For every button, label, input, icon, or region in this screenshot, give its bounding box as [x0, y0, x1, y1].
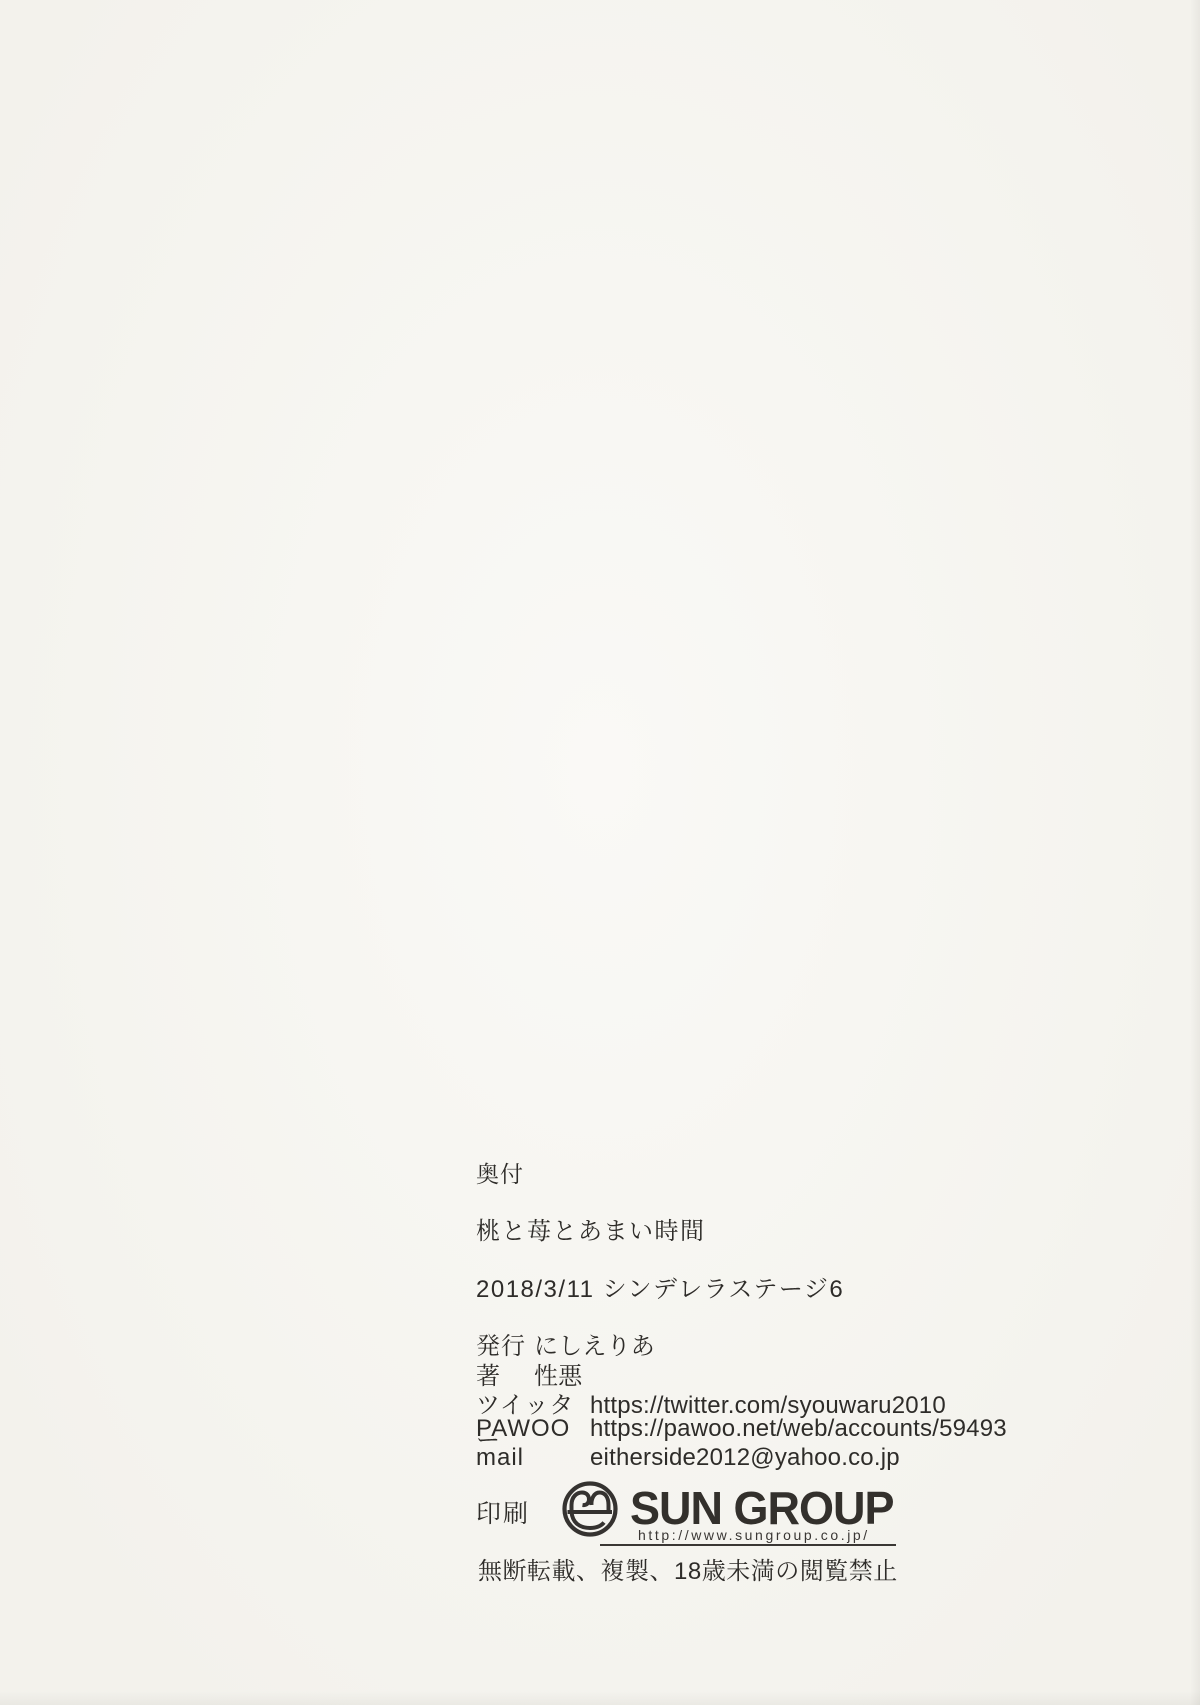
printer-url-text: http://www.sungroup.co.jp/ — [638, 1527, 870, 1543]
credit-row-author: 著 性悪 — [476, 1356, 1007, 1386]
credits-list: 発行 にしえりあ 著 性悪 ツイッター https://twitter.com/… — [476, 1326, 1007, 1474]
logo-underline-rule — [600, 1544, 896, 1546]
scanned-colophon-page: 奥付 桃と苺とあまい時間 2018/3/11 シンデレラステージ6 発行 にしえ… — [0, 0, 1200, 1705]
mail-address-text: eitherside2012@yahoo.co.jp — [590, 1444, 900, 1472]
event-date-line: 2018/3/11 シンデレラステージ6 — [476, 1269, 844, 1304]
credit-label: mail — [476, 1444, 590, 1472]
credit-row-twitter: ツイッター https://twitter.com/syouwaru2010 — [476, 1385, 1007, 1415]
pawoo-url-text: https://pawoo.net/web/accounts/59493 — [590, 1415, 1007, 1443]
credit-row-publisher: 発行 にしえりあ — [476, 1326, 1007, 1356]
sun-group-logo-icon — [560, 1479, 620, 1539]
credit-row-pawoo: PAWOO https://pawoo.net/web/accounts/594… — [476, 1415, 1007, 1445]
copyright-notice: 無断転載、複製、18歳未満の閲覧禁止 — [478, 1551, 898, 1586]
colophon-heading: 奥付 — [476, 1156, 524, 1189]
credit-label: PAWOO — [476, 1415, 590, 1443]
book-title: 桃と苺とあまい時間 — [476, 1211, 706, 1246]
printer-label: 印刷 — [476, 1494, 530, 1530]
credit-row-mail: mail eitherside2012@yahoo.co.jp — [476, 1444, 1007, 1474]
